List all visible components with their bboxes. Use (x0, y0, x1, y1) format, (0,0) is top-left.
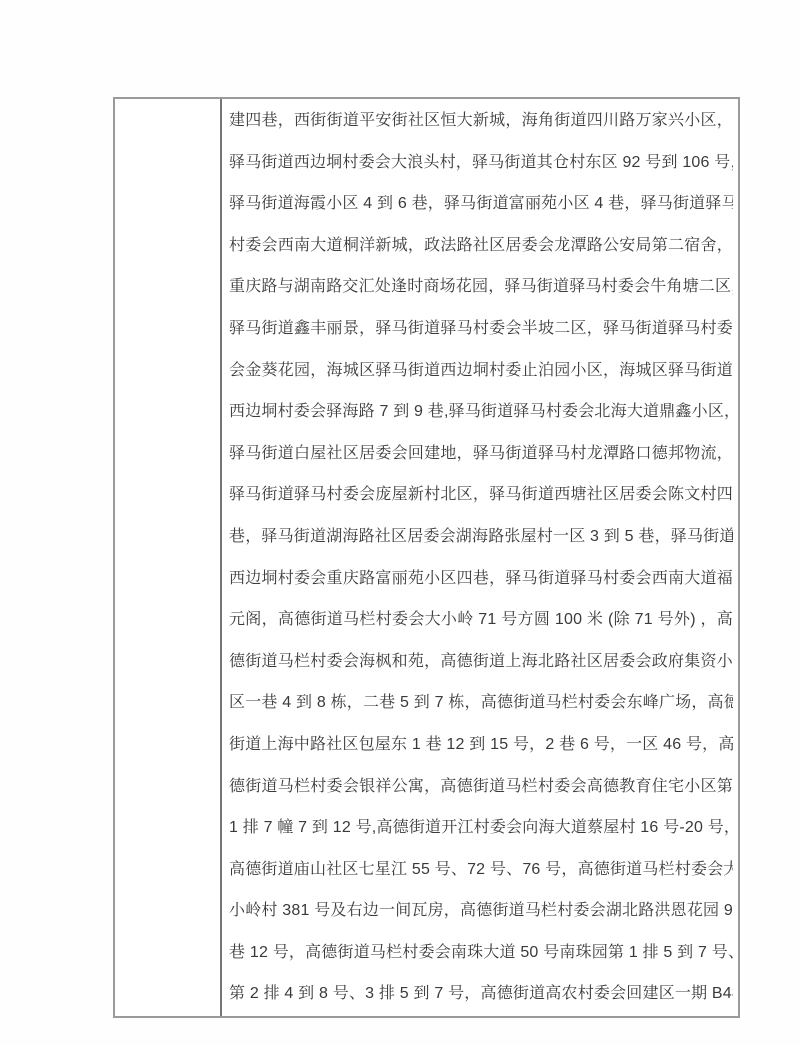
address-line: 驿马街道驿马村委会庞屋新村北区，驿马街道西塘社区居委会陈文村四 (229, 474, 733, 516)
address-line: 小岭村 381 号及右边一间瓦房，高德街道马栏村委会湖北路洪恩花园 9 (229, 890, 733, 932)
address-line: 区一巷 4 到 8 栋，二巷 5 到 7 栋，高德街道马栏村委会东峰广场，高德 (229, 682, 733, 724)
address-list-cell: 建四巷，西街街道平安街社区恒大新城，海角街道四川路万家兴小区， 驿马街道西边垌村… (222, 99, 738, 1016)
document-page: 建四巷，西街街道平安街社区恒大新城，海角街道四川路万家兴小区， 驿马街道西边垌村… (0, 0, 800, 1045)
address-line: 村委会西南大道桐洋新城，政法路社区居委会龙潭路公安局第二宿舍， (229, 225, 733, 267)
address-line: 巷，驿马街道湖海路社区居委会湖海路张屋村一区 3 到 5 巷，驿马街道 (229, 516, 733, 558)
address-line: 会金葵花园，海城区驿马街道西边垌村委止泊园小区，海城区驿马街道 (229, 350, 733, 392)
address-line: 高德街道庙山社区七星江 55 号、72 号、76 号，高德街道马栏村委会大 (229, 849, 733, 891)
address-line: 驿马街道白屋社区居委会回建地，驿马街道驿马村龙潭路口德邦物流， (229, 433, 733, 475)
address-line: 第 2 排 4 到 8 号、3 排 5 到 7 号，高德街道高农村委会回建区一期… (229, 973, 733, 1015)
address-line: 驿马街道西边垌村委会大浪头村，驿马街道其仓村东区 92 号到 106 号， (229, 142, 733, 184)
address-table: 建四巷，西街街道平安街社区恒大新城，海角街道四川路万家兴小区， 驿马街道西边垌村… (113, 97, 740, 1018)
address-line: 建四巷，西街街道平安街社区恒大新城，海角街道四川路万家兴小区， (229, 100, 733, 142)
address-line: 巷 12 号，高德街道马栏村委会南珠大道 50 号南珠园第 1 排 5 到 7 … (229, 932, 733, 974)
address-line: 1 排 7 幢 7 到 12 号,高德街道开江村委会向海大道蔡屋村 16 号-2… (229, 807, 733, 849)
address-line: 西边垌村委会重庆路富丽苑小区四巷，驿马街道驿马村委会西南大道福 (229, 558, 733, 600)
address-line: 德街道马栏村委会海枫和苑，高德街道上海北路社区居委会政府集资小 (229, 641, 733, 683)
address-line: 元阁，高德街道马栏村委会大小岭 71 号方圆 100 米 (除 71 号外) ，… (229, 599, 733, 641)
address-line: 德街道马栏村委会银祥公寓，高德街道马栏村委会高德教育住宅小区第 (229, 766, 733, 808)
address-line: 街道上海中路社区包屋东 1 巷 12 到 15 号，2 巷 6 号，一区 46 … (229, 724, 733, 766)
address-line: 驿马街道鑫丰丽景，驿马街道驿马村委会半坡二区，驿马街道驿马村委 (229, 308, 733, 350)
address-line: 西边垌村委会驿海路 7 到 9 巷,驿马街道驿马村委会北海大道鼎鑫小区， (229, 391, 733, 433)
address-line: 驿马街道海霞小区 4 到 6 巷，驿马街道富丽苑小区 4 巷，驿马街道驿马 (229, 183, 733, 225)
address-line: 重庆路与湖南路交汇处逢时商场花园，驿马街道驿马村委会牛角塘二区， (229, 266, 733, 308)
category-cell (115, 99, 222, 1016)
